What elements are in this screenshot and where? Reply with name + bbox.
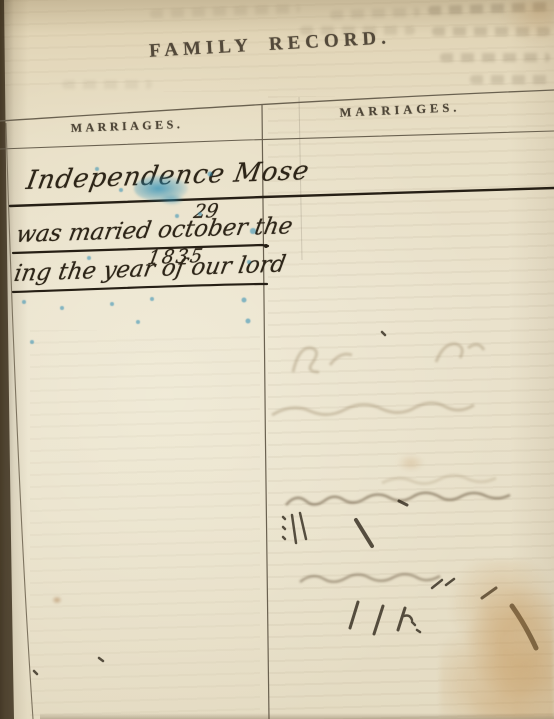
ghost-print-line	[432, 27, 550, 36]
ruled-lines-and-ink-layer	[0, 0, 554, 719]
bleedthrough-texture-right	[268, 96, 554, 719]
book-page-photo: FAMILY RECORD. MARRIAGES. MARRIAGES. Ind…	[0, 0, 554, 719]
blue-ink-blot-small	[160, 194, 184, 205]
dark-bleedthrough-marks	[34, 332, 536, 674]
page-title: FAMILY RECORD.	[140, 27, 401, 63]
ghost-handwriting	[272, 344, 496, 484]
handwritten-line3: ing the year of our lord	[12, 251, 288, 287]
ghost-print-line	[440, 53, 550, 62]
handwritten-line2: was maried october the	[14, 213, 295, 248]
left-border-rule	[6, 123, 33, 719]
ghost-print-line	[470, 75, 554, 84]
ghost-handwriting-dark-row	[286, 493, 510, 582]
blue-ink-specks	[0, 0, 2, 2]
foxing-stain-top-right	[500, 0, 554, 44]
left-column-header: MARRIAGES.	[62, 117, 192, 137]
bleedthrough-texture-left	[30, 330, 260, 719]
page-gutter-edge	[0, 0, 14, 719]
column-divider-rule	[262, 105, 269, 719]
ghost-print-line	[62, 80, 152, 89]
foxing-stain-bottom-right	[440, 560, 554, 719]
ghost-print-line	[428, 2, 550, 15]
foxing-stain-dot	[52, 596, 62, 604]
ghost-print-line	[150, 4, 300, 18]
foxing-stain-mid	[398, 455, 424, 471]
right-column-header: MARRIAGES.	[332, 100, 469, 121]
ghost-print-line	[330, 7, 420, 19]
